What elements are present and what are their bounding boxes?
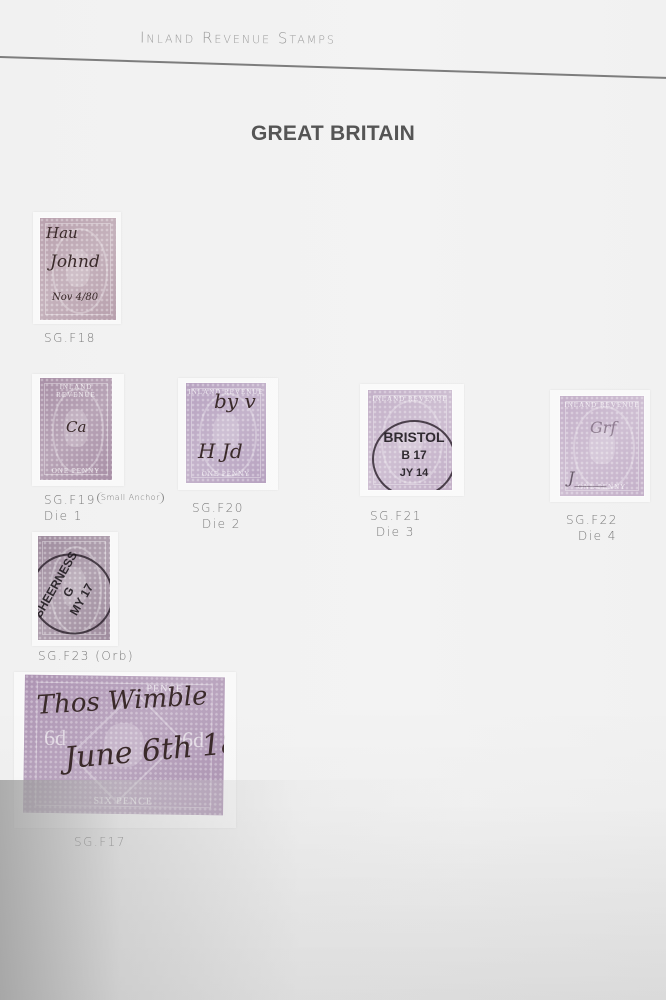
stamp-sg-f19[interactable]: INLAND REVENUE ONE PENNY Ca bbox=[40, 378, 112, 480]
album-page: Inland Revenue Stamps GREAT BRITAIN Hau … bbox=[0, 0, 666, 1000]
caption-sg-f19: SG.F19Small Anchor Die 1 bbox=[44, 492, 164, 524]
manuscript-cancel: Ca bbox=[66, 418, 86, 436]
page-title: GREAT BRITAIN bbox=[0, 122, 666, 146]
header-rule bbox=[0, 56, 666, 79]
note-text: Orb bbox=[101, 649, 128, 663]
stamp-inscription-bottom: ONE PENNY bbox=[186, 470, 266, 478]
stamp-sg-f20[interactable]: INLAND REVENUE ONE PENNY by v H Jd bbox=[186, 383, 266, 483]
stamp-sg-f22[interactable]: INLAND REVENUE ONE PENNY Grf J____ bbox=[560, 396, 644, 496]
stamp-inscription-bottom: ONE PENNY bbox=[40, 467, 112, 475]
die-label: Die 2 bbox=[192, 517, 241, 531]
catalogue-number: SG.F21 bbox=[370, 509, 422, 523]
die-label: Die 3 bbox=[370, 525, 415, 539]
manuscript-cancel: J____ bbox=[568, 468, 606, 487]
manuscript-cancel: Grf bbox=[590, 418, 616, 437]
die-label: Die 1 bbox=[44, 509, 83, 523]
manuscript-cancel: by v bbox=[214, 389, 256, 413]
catalogue-number: SG.F23 bbox=[38, 649, 90, 663]
caption-note: Small Anchor bbox=[97, 492, 164, 504]
catalogue-number: SG.F22 bbox=[566, 513, 618, 527]
stamp-inscription-top: INLAND REVENUE bbox=[368, 395, 452, 403]
caption-note: (Orb) bbox=[95, 649, 134, 663]
catalogue-number: SG.F20 bbox=[192, 501, 244, 515]
handwritten-header: Inland Revenue Stamps bbox=[140, 28, 336, 47]
caption-sg-f22: SG.F22 Die 4 bbox=[566, 512, 618, 544]
stamp-sg-f21[interactable]: INLAND REVENUE BRISTOLB 17JY 14 bbox=[368, 390, 452, 490]
caption-sg-f20: SG.F20 Die 2 bbox=[192, 500, 244, 532]
manuscript-cancel: H Jd bbox=[198, 439, 243, 463]
caption-sg-f21: SG.F21 Die 3 bbox=[370, 508, 422, 540]
manuscript-cancel: Nov 4/80 bbox=[52, 292, 98, 303]
caption-sg-f23: SG.F23 (Orb) bbox=[38, 648, 134, 664]
bristol-postmark: BRISTOLB 17JY 14 bbox=[372, 420, 452, 490]
stamp-sg-f17[interactable]: PENCE SIX PENCE 6d 6d Thos Wimble June 6… bbox=[23, 675, 225, 816]
die-label: Die 4 bbox=[566, 529, 617, 543]
caption-sg-f18: SG.F18 bbox=[44, 330, 96, 346]
stamp-inscription-top: INLAND REVENUE bbox=[560, 401, 644, 409]
caption-sg-f17: SG.F17 bbox=[74, 834, 126, 850]
stamp-sg-f18[interactable]: Hau Johnd Nov 4/80 bbox=[40, 218, 116, 320]
manuscript-cancel: Hau bbox=[46, 224, 78, 242]
stamp-sg-f23[interactable]: SHEERNESSGMY 17 bbox=[38, 536, 110, 640]
stamp-inscription-top: INLAND REVENUE bbox=[40, 383, 112, 399]
catalogue-number: SG.F19 bbox=[44, 493, 96, 507]
manuscript-cancel: Johnd bbox=[50, 252, 100, 272]
